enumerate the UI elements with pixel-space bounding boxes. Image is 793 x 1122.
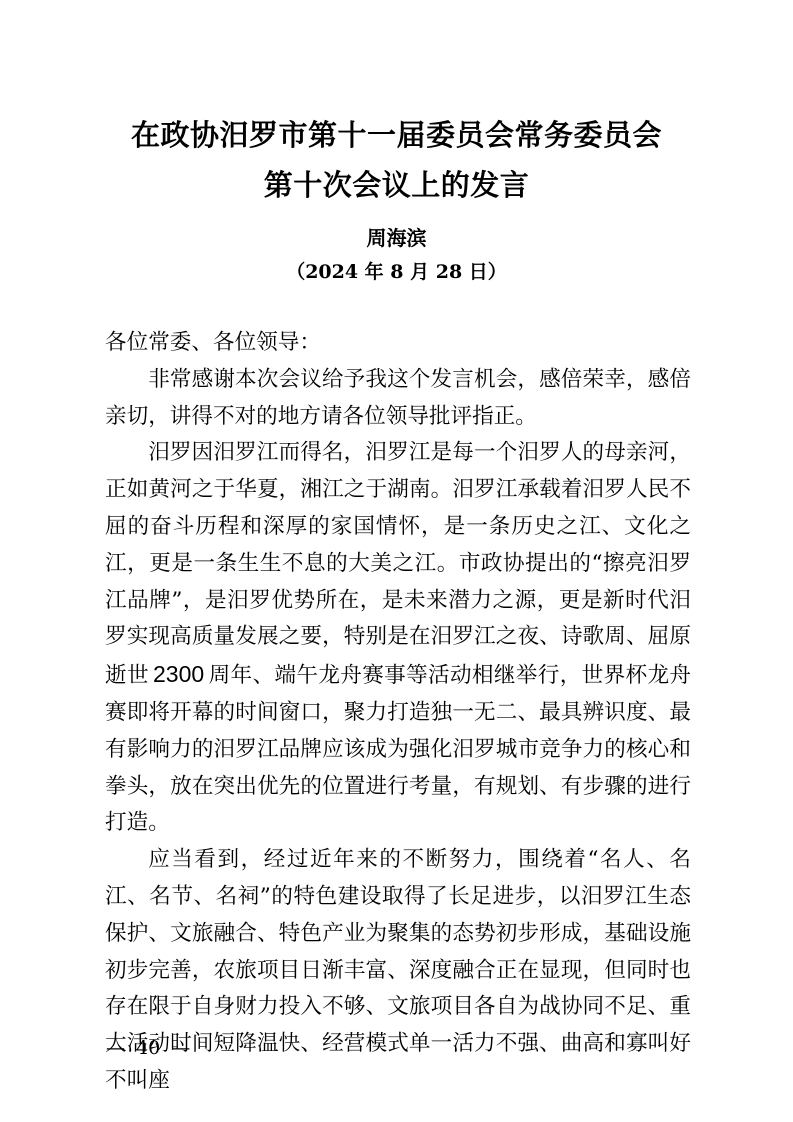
body-paragraph: 应当看到，经过近年来的不断努力，围绕着“名人、名江、名节、名祠”的特色建设取得了… xyxy=(105,842,691,1100)
body-paragraph: 非常感谢本次会议给予我这个发言机会，感倍荣幸，感倍亲切，讲得不对的地方请各位领导… xyxy=(105,362,691,436)
document-body: 各位常委、各位领导： 非常感谢本次会议给予我这个发言机会，感倍荣幸，感倍亲切，讲… xyxy=(105,325,691,1100)
paragraph-segment: 汨罗因汨罗江而得名，汨罗江是每一个汨罗人的母亲河，正如黄河之于华夏，湘江之于湖南… xyxy=(105,440,691,688)
document-date: （2024 年 8 月 28 日） xyxy=(0,258,793,286)
document-title-line-1: 在政协汨罗市第十一届委员会常务委员会 xyxy=(0,110,793,160)
page-footer: — 40 — xyxy=(106,1036,190,1060)
document-title: 在政协汨罗市第十一届委员会常务委员会 第十次会议上的发言 xyxy=(0,0,793,210)
page-number: 40 xyxy=(136,1036,160,1060)
paragraph-segment: 周年、端午龙舟赛事等活动相继举行，世界杯龙舟赛即将开幕的时间窗口，聚力打造独一无… xyxy=(105,663,691,835)
document-page: 在政协汨罗市第十一届委员会常务委员会 第十次会议上的发言 周海滨 （2024 年… xyxy=(0,0,793,1122)
footer-dash-left: — xyxy=(106,1036,125,1060)
body-paragraph: 汨罗因汨罗江而得名，汨罗江是每一个汨罗人的母亲河，正如黄河之于华夏，湘江之于湖南… xyxy=(105,435,691,842)
salutation-line: 各位常委、各位领导： xyxy=(105,325,691,362)
year-count-number: 2300 xyxy=(153,661,204,687)
footer-dash-right: — xyxy=(171,1036,190,1060)
author-name: 周海滨 xyxy=(0,224,793,252)
document-title-line-2: 第十次会议上的发言 xyxy=(0,160,793,210)
